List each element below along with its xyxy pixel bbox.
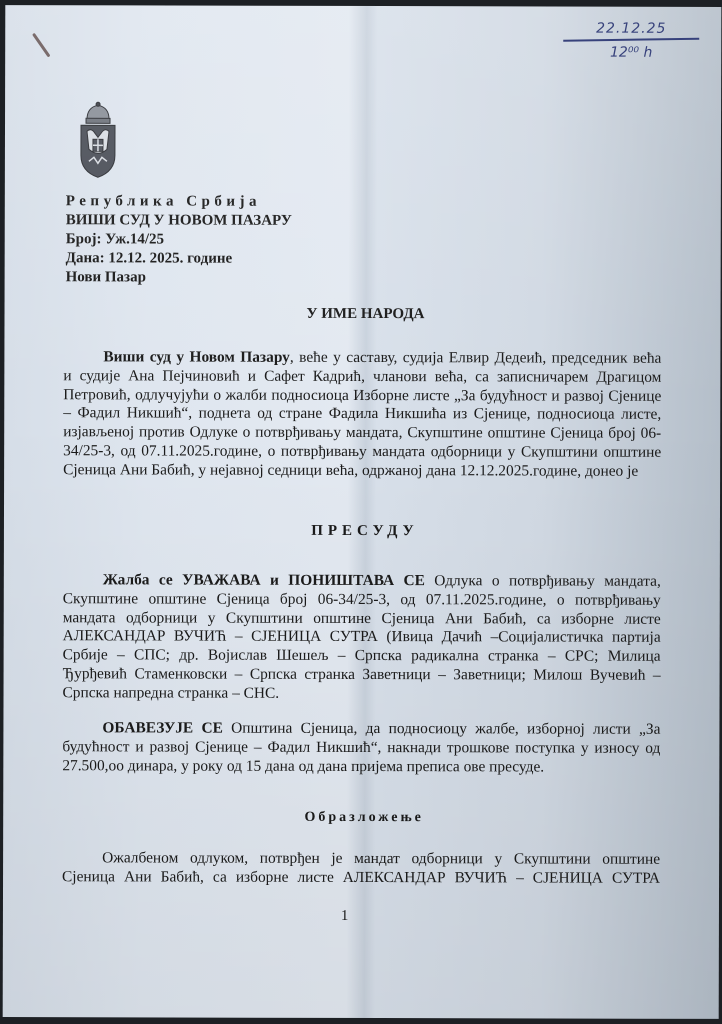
intro-line: 34/25-3, од 07.11.2025.године, о потврђи…	[63, 442, 661, 462]
verdict-line: Жалба се УВАЖАВА и ПОНИШТАВА СЕ Одлука о…	[63, 571, 661, 591]
intro-line: Петровић, одлучујући о жалби подносиоца …	[63, 386, 661, 406]
verdict-line: АЛЕКСАНДАР ВУЧИЋ – СЈЕНИЦА СУТРА (Ивица …	[63, 628, 661, 648]
document-page: 22.12.25 12⁰⁰ h Република Србија ВИШИ СУ…	[3, 5, 722, 1019]
verdict-line: Србије – СПС; др. Војислав Шешељ – Српск…	[63, 646, 661, 666]
serbian-coat-of-arms-icon	[75, 101, 121, 181]
verdict-line: Српска напредна странка – СНС.	[62, 684, 660, 704]
page-number: 1	[341, 908, 349, 925]
obligation-paragraph: ОБАВЕЗУЈЕ СЕ Општина Сјеница, да подноси…	[62, 719, 660, 777]
handwritten-date: 22.12.25	[571, 21, 691, 39]
intro-line: Сјеница Ани Бабић, у нејавној седници ве…	[63, 461, 661, 481]
country-name: Република Србија	[66, 192, 292, 212]
case-number: Број: Уж.14/25	[66, 230, 292, 250]
staple-mark	[32, 33, 50, 58]
heading-in-the-name-of-the-people: У ИМЕ НАРОДА	[4, 305, 722, 324]
reasoning-paragraph: Ожалбеном одлуком, потврђен је мандат од…	[62, 849, 660, 888]
verdict-bold: Жалба се УВАЖАВА и ПОНИШТАВА СЕ	[103, 571, 425, 589]
verdict-paragraph: Жалба се УВАЖАВА и ПОНИШТАВА СЕ Одлука о…	[62, 571, 660, 704]
reasoning-line: Сјеница Ани Бабић, са изборне листе АЛЕК…	[62, 868, 660, 888]
decision-date: Дана: 12.12. 2025. године	[66, 249, 292, 269]
reasoning-line: Ожалбеном одлуком, потврђен је мандат од…	[62, 849, 660, 869]
court-name: ВИШИ СУД У НОВОМ ПАЗАРУ	[66, 211, 292, 231]
court-header: Република Србија ВИШИ СУД У НОВОМ ПАЗАРУ…	[66, 192, 292, 288]
intro-line: и судије Ана Пејчиновић и Сафет Кадрић, …	[63, 367, 661, 387]
obligation-bold: ОБАВЕЗУЈЕ СЕ	[102, 719, 222, 736]
verdict-line: Скупштине општине Сјеница број 06-34/25-…	[63, 590, 661, 610]
intro-line: изјављеној против Одлуке о потврђивању м…	[63, 423, 661, 443]
intro-line: Виши суд у Новом Пазару, веће у саставу,…	[63, 348, 661, 368]
verdict-line: Ђурђевић Стаменковски – Српска странка З…	[63, 665, 661, 685]
verdict-line: мандата одборници у Скупштини општине Сј…	[63, 609, 661, 629]
handwritten-time: 12⁰⁰ h	[571, 41, 691, 61]
court-name-bold: Виши суд у Новом Пазару	[103, 348, 290, 365]
intro-line: – Фадил Никшић“, поднета од стране Фадил…	[63, 405, 661, 425]
heading-reasoning: Образложење	[3, 809, 722, 827]
heading-verdict: ПРЕСУДУ	[4, 522, 722, 541]
city-name: Нови Пазар	[66, 268, 292, 288]
handwritten-receipt-note: 22.12.25 12⁰⁰ h	[571, 21, 691, 61]
obligation-line: 27.500,оо динара, у року од 15 дана од д…	[62, 757, 660, 777]
obligation-line: будућност и развој Сјенице – Фадил Никши…	[62, 738, 660, 758]
intro-paragraph: Виши суд у Новом Пазару, веће у саставу,…	[63, 348, 661, 481]
obligation-line: ОБАВЕЗУЈЕ СЕ Општина Сјеница, да подноси…	[62, 719, 660, 739]
